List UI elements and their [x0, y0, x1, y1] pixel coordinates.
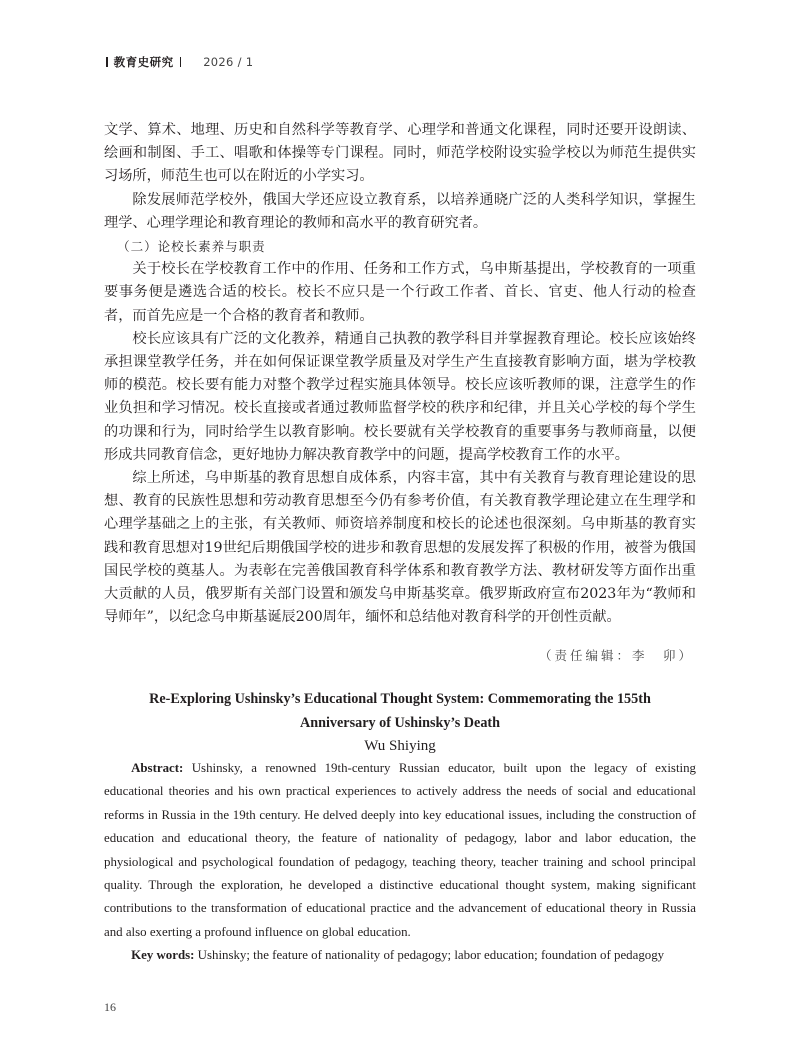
paragraph-5: 综上所述，乌申斯基的教育思想自成体系，内容丰富，其中有关教育与教育理论建设的思想… — [104, 467, 696, 629]
separator-bar — [180, 57, 182, 67]
english-title-line-2: Anniversary of Ushinsky’s Death — [300, 715, 500, 731]
english-title-line-1: Re-Exploring Ushinsky’s Educational Thou… — [149, 691, 651, 707]
paragraph-2: 除发展师范学校外，俄国大学还应设立教育系，以培养通晓广泛的人类科学知识，掌握生理… — [104, 189, 696, 235]
author-name: Wu Shiying — [104, 735, 696, 757]
issue-number: 2026 / 1 — [203, 55, 253, 69]
journal-name: 教育史研究 — [114, 54, 174, 70]
paragraph-3: 关于校长在学校教育工作中的作用、任务和工作方式，乌申斯基提出，学校教育的一项重要… — [104, 258, 696, 328]
english-title: Re-Exploring Ushinsky’s Educational Thou… — [104, 687, 696, 735]
responsible-editor-note: （责任编辑：李 卯） — [539, 646, 694, 664]
english-abstract-section: Re-Exploring Ushinsky’s Educational Thou… — [104, 687, 696, 968]
paragraph-4: 校长应该具有广泛的文化教养，精通自己执教的教学科目并掌握教育理论。校长应该始终承… — [104, 328, 696, 467]
keywords-label: Key words: — [131, 948, 194, 962]
section-subheading: （二）论校长素养与职责 — [104, 235, 696, 258]
separator-bar — [106, 57, 108, 67]
keywords-text: Ushinsky; the feature of nationality of … — [194, 948, 664, 962]
chinese-body-text: 文学、算术、地理、历史和自然科学等教育学、心理学和普通文化课程，同时还要开设朗读… — [104, 119, 696, 629]
page-number: 16 — [104, 1000, 116, 1015]
abstract-paragraph: Abstract: Ushinsky, a renowned 19th-cent… — [104, 757, 696, 944]
journal-page: 教育史研究 2026 / 1 文学、算术、地理、历史和自然科学等教育学、心理学和… — [0, 0, 800, 1059]
abstract-text: Ushinsky, a renowned 19th-century Russia… — [104, 761, 696, 939]
paragraph-1: 文学、算术、地理、历史和自然科学等教育学、心理学和普通文化课程，同时还要开设朗读… — [104, 119, 696, 189]
keywords-paragraph: Key words: Ushinsky; the feature of nati… — [104, 944, 696, 967]
running-head: 教育史研究 2026 / 1 — [106, 54, 253, 70]
abstract-label: Abstract: — [131, 761, 183, 775]
